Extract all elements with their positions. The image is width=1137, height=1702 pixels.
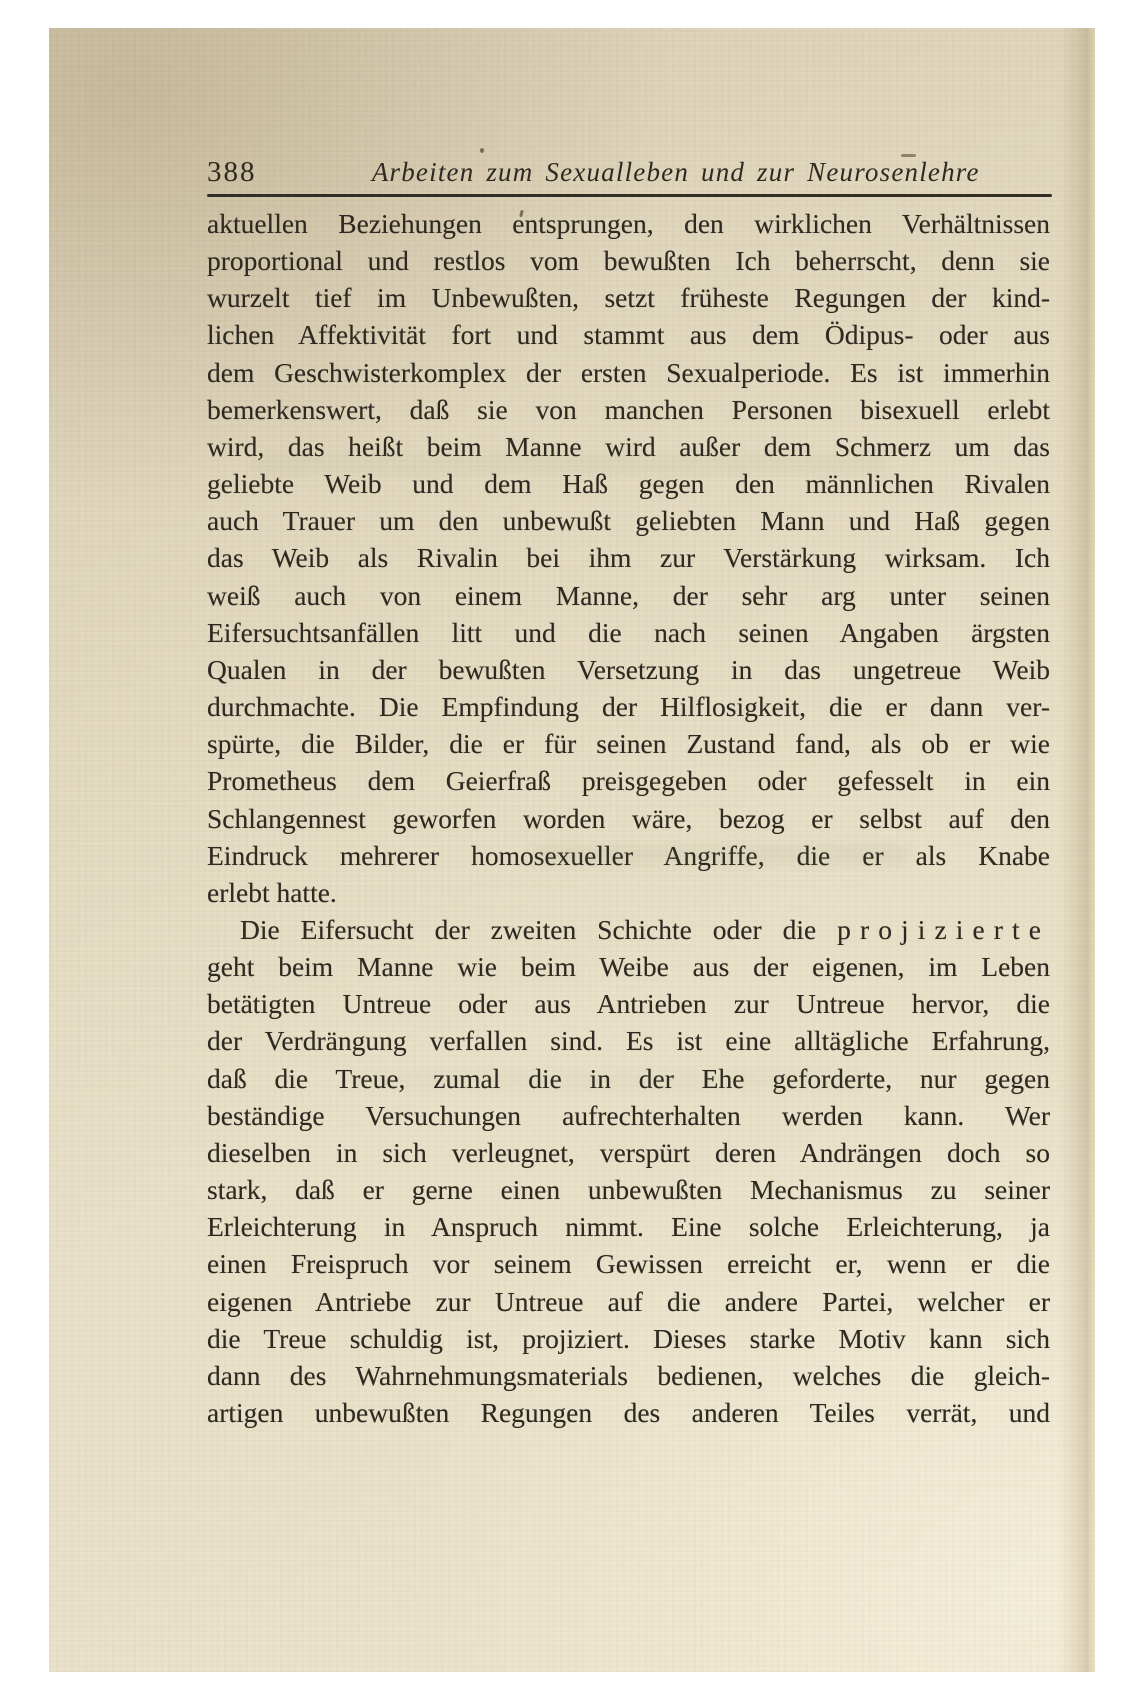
text-line: artigen unbewußten Regungen des anderen … (207, 1394, 1050, 1431)
text-line: geliebte Weib und dem Haß gegen den männ… (207, 465, 1050, 502)
text-line: wurzelt tief im Unbewußten, setzt frühes… (207, 279, 1050, 316)
text-line: dem Geschwisterkomplex der ersten Sexual… (207, 354, 1050, 391)
running-title: Arbeiten zum Sexualleben und zur Neurose… (279, 157, 1074, 188)
text-line: das Weib als Rivalin bei ihm zur Verstär… (207, 539, 1050, 576)
text-line: spürte, die Bilder, die er für seinen Zu… (207, 725, 1050, 762)
text-segment: Die Eifersucht der zweiten Schichte oder… (240, 914, 837, 945)
text-line: weiß auch von einem Manne, der sehr arg … (207, 577, 1050, 614)
text-line: geht beim Manne wie beim Weibe aus der e… (207, 948, 1050, 985)
text-line: Qualen in der bewußten Versetzung in das… (207, 651, 1050, 688)
text-line: durchmachte. Die Empfindung der Hilflosi… (207, 688, 1050, 725)
text-line: der Verdrängung verfallen sind. Es ist e… (207, 1022, 1050, 1059)
text-line: die Treue schuldig ist, projiziert. Dies… (207, 1320, 1050, 1357)
book-page: 388 Arbeiten zum Sexualleben und zur Neu… (49, 28, 1095, 1672)
text-line: proportional und restlos vom bewußten Ic… (207, 242, 1050, 279)
text-line: stark, daß er gerne einen unbewußten Mec… (207, 1171, 1050, 1208)
text-block: aktuellen Beziehungen entsprungen, den w… (207, 205, 1050, 1431)
text-line: erlebt hatte. (207, 874, 1050, 911)
text-line: Erleichterung in Anspruch nimmt. Eine so… (207, 1208, 1050, 1245)
text-line: aktuellen Beziehungen entsprungen, den w… (207, 205, 1050, 242)
text-line: wird, das heißt beim Manne wird außer de… (207, 428, 1050, 465)
page-header: 388 Arbeiten zum Sexualleben und zur Neu… (207, 156, 1051, 189)
text-line: Eifersuchtsanfällen litt und die nach se… (207, 614, 1050, 651)
text-line: betätigten Untreue oder aus Antrieben zu… (207, 985, 1050, 1022)
text-line: Prometheus dem Geierfraß preisgegeben od… (207, 762, 1050, 799)
text-line: daß die Treue, zumal die in der Ehe gefo… (207, 1060, 1050, 1097)
text-line: dann des Wahrnehmungsmaterials bedienen,… (207, 1357, 1050, 1394)
ink-speck (480, 148, 484, 153)
emphasized-spaced-word: projizierte (837, 914, 1050, 945)
text-line: lichen Affektivität fort und stammt aus … (207, 316, 1050, 353)
text-line: beständige Versuchungen aufrechterhalten… (207, 1097, 1050, 1134)
header-rule (207, 194, 1052, 197)
text-line: Schlangennest geworfen worden wäre, bezo… (207, 800, 1050, 837)
text-line: eigenen Antriebe zur Untreue auf die and… (207, 1283, 1050, 1320)
text-line: auch Trauer um den unbewußt geliebten Ma… (207, 502, 1050, 539)
text-line: Eindruck mehrerer homosexueller Angriffe… (207, 837, 1050, 874)
scan-background: 388 Arbeiten zum Sexualleben und zur Neu… (0, 0, 1137, 1702)
text-line: bemerkenswert, daß sie von manchen Perso… (207, 391, 1050, 428)
page-number: 388 (207, 156, 257, 189)
text-line: dieselben in sich verleugnet, verspürt d… (207, 1134, 1050, 1171)
text-line: Die Eifersucht der zweiten Schichte oder… (207, 911, 1050, 948)
text-line: einen Freispruch vor seinem Gewissen err… (207, 1245, 1050, 1282)
